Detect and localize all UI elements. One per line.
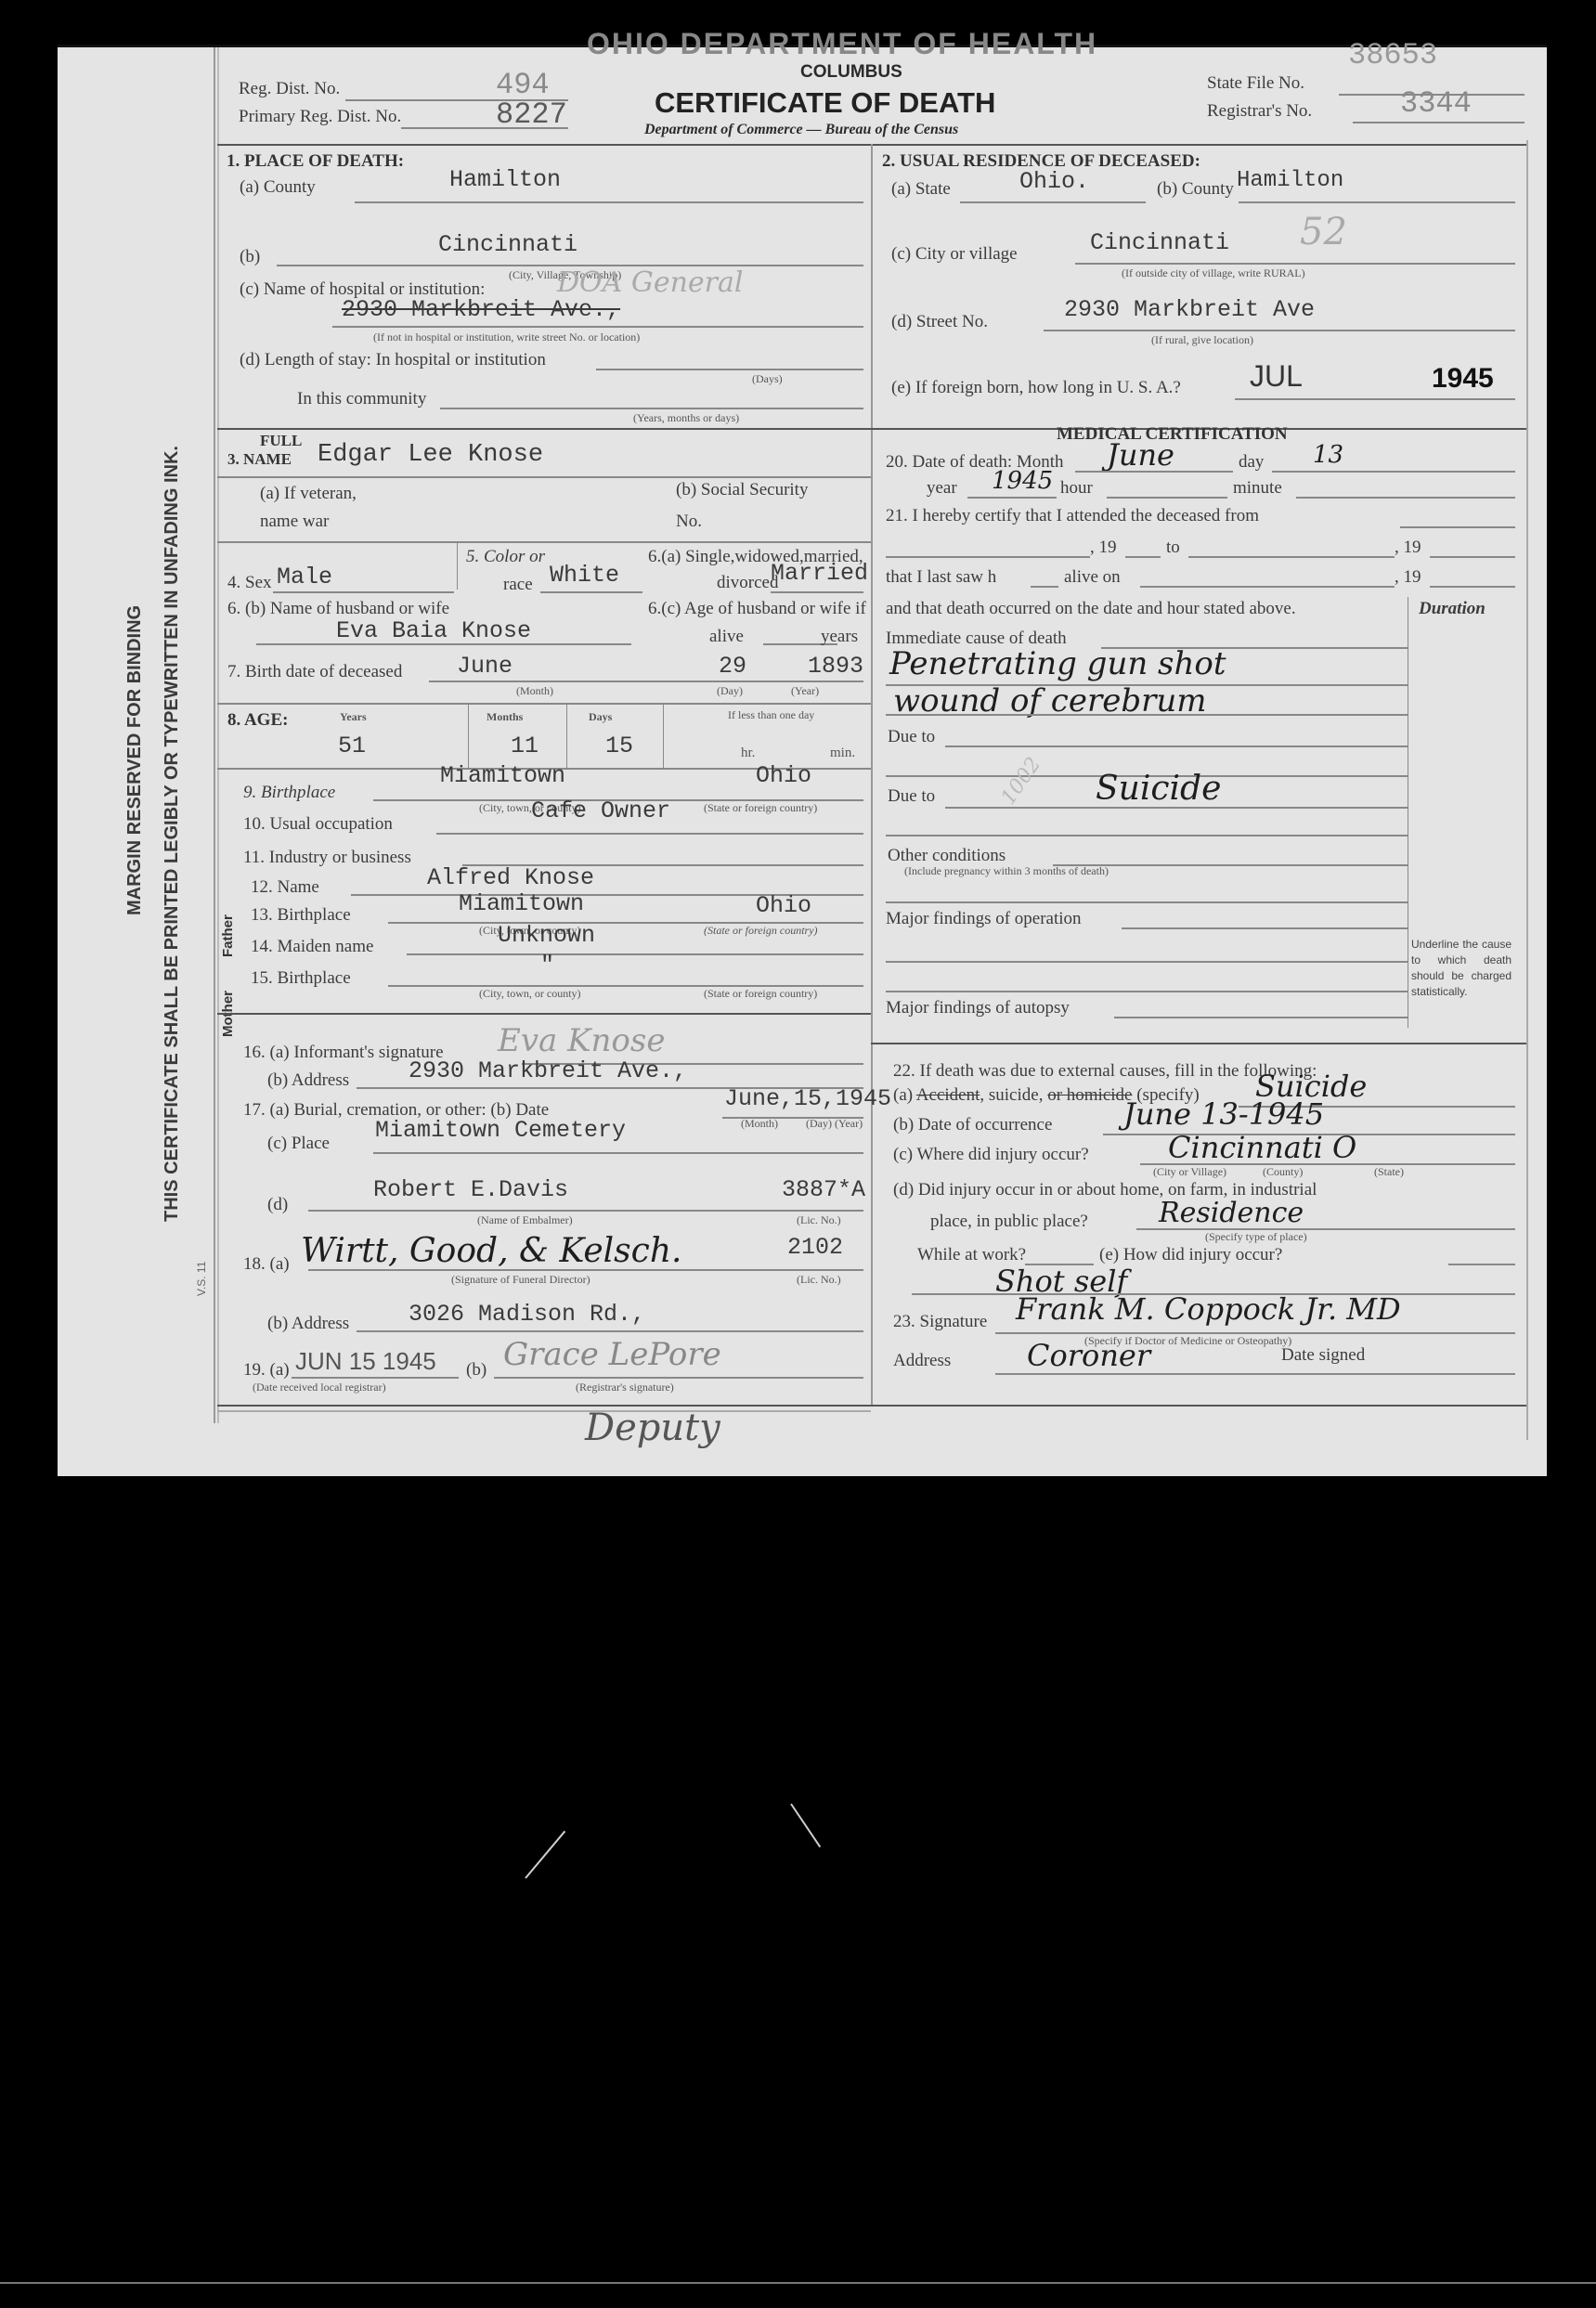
received-stamp-month: JUL: [1250, 359, 1303, 394]
embalmer-license: 3887*A: [782, 1176, 865, 1203]
age-months-label: Months: [487, 710, 523, 724]
registrar-signature: Grace LePore: [503, 1336, 721, 1373]
state-file-value: 38653: [1348, 38, 1437, 72]
res-margin-note: 52: [1300, 211, 1347, 253]
informant-address-value: 2930 Markbreit Ave.,: [409, 1057, 687, 1084]
funeral-lic-hint: (Lic. No.): [797, 1273, 841, 1287]
death-county-label: (a) County: [240, 177, 316, 198]
age-days-value: 15: [605, 733, 633, 759]
how-injury-label: (e) How did injury occur?: [1099, 1245, 1282, 1265]
spouse-age-alive-label: alive: [709, 627, 744, 647]
other-conditions-hint: (Include pregnancy within 3 months of de…: [904, 864, 1109, 878]
res-street-value: 2930 Markbreit Ave: [1064, 296, 1315, 323]
father-birthplace-state-hint: (State or foreign country): [704, 924, 818, 938]
min-label: min.: [830, 746, 855, 761]
autopsy-label: Major findings of autopsy: [886, 998, 1070, 1018]
last-saw-label: that I last saw h: [886, 567, 996, 588]
burial-date-value: June,15,1945: [724, 1085, 891, 1112]
injury-county-hint: (County): [1263, 1165, 1303, 1179]
occupation-value: Cafe Owner: [531, 797, 670, 824]
death-year-label: year: [927, 478, 957, 499]
margin-ink-instruction: THIS CERTIFICATE SHALL BE PRINTED LEGIBL…: [162, 446, 183, 1222]
margin-binding-note: MARGIN RESERVED FOR BINDING: [124, 605, 146, 915]
death-year-value: 1945: [992, 467, 1053, 495]
spouse-value: Eva Baia Knose: [336, 617, 531, 644]
ext-a-prefix: (a): [893, 1085, 913, 1105]
scan-scratch: [525, 1831, 565, 1879]
alive-on-label: alive on: [1064, 567, 1121, 588]
hospital-handwritten: DOA General: [557, 266, 743, 299]
funeral-address-label: (b) Address: [267, 1314, 349, 1334]
stay-days-hint: (Days): [752, 372, 783, 386]
certify-label: 21. I hereby certify that I attended the…: [886, 506, 1259, 526]
res-city-label: (c) City or village: [891, 244, 1018, 265]
father-birthplace-state: Ohio: [756, 892, 811, 919]
reg-dist-label: Reg. Dist. No.: [239, 79, 340, 99]
header-cut-title: OHIO DEPARTMENT OF HEALTH: [587, 27, 1097, 61]
physician-signature: Frank M. Coppock Jr. MD: [1016, 1291, 1401, 1327]
res-city-value: Cincinnati: [1090, 229, 1229, 256]
mother-birthplace-city-hint: (City, town, or county): [479, 987, 581, 1001]
death-certificate-page: MARGIN RESERVED FOR BINDING THIS CERTIFI…: [58, 45, 1547, 1476]
spouse-label: 6. (b) Name of husband or wife: [227, 599, 449, 619]
age-years-value: 51: [338, 733, 366, 759]
hr-label: hr.: [741, 746, 755, 761]
age-months-value: 11: [511, 733, 538, 759]
mother-maiden-label: 14. Maiden name: [251, 937, 373, 957]
other-conditions-label: Other conditions: [888, 846, 1006, 866]
death-city-label: (b): [240, 247, 260, 267]
accident-struck: Accident: [916, 1085, 980, 1105]
birthplace-state-hint: (State or foreign country): [704, 801, 817, 815]
form-right-border: [1526, 140, 1528, 1440]
death-hour-label: hour: [1060, 478, 1093, 499]
full-name-label: 3. NAME: [227, 450, 292, 469]
res-county-label: (b) County: [1157, 179, 1234, 200]
duration-label: Duration: [1419, 599, 1486, 619]
occurred-statement: and that death occurred on the date and …: [886, 599, 1296, 619]
res-street-label: (d) Street No.: [891, 312, 988, 332]
res-state-value: Ohio.: [1019, 168, 1089, 195]
certificate-title: CERTIFICATE OF DEATH: [655, 86, 995, 120]
operation-label: Major findings of operation: [886, 909, 1082, 929]
attended-to-label: to: [1166, 538, 1180, 558]
birth-date-label: 7. Birth date of deceased: [227, 662, 402, 682]
informant-address-label: (b) Address: [267, 1070, 349, 1091]
certificate-subtitle: Department of Commerce — Bureau of the C…: [644, 122, 958, 138]
physician-address-value: Coroner: [1027, 1338, 1150, 1373]
funeral-director-hint: (Signature of Funeral Director): [451, 1273, 590, 1287]
race-value: White: [550, 562, 619, 589]
embalmer-label: (d): [267, 1195, 288, 1215]
res-street-hint: (If rural, give location): [1151, 333, 1253, 347]
registrar-no-value: 3344: [1400, 86, 1472, 121]
place-of-death-heading: 1. PLACE OF DEATH:: [227, 151, 404, 172]
hospital-hint: (If not in hospital or institution, writ…: [373, 331, 640, 344]
physician-address-label: Address: [893, 1351, 951, 1371]
color-label: 5. Color or: [466, 547, 545, 567]
res-county-value: Hamilton: [1237, 168, 1343, 193]
due-to-value-2: Suicide: [1096, 770, 1221, 808]
burial-day-year-hint: (Day) (Year): [806, 1117, 863, 1131]
mother-birthplace-value: ": [540, 952, 554, 979]
death-month-value: June: [1107, 437, 1174, 473]
injury-place-label: (c) Where did injury occur?: [893, 1145, 1089, 1165]
funeral-director-label: 18. (a): [243, 1254, 290, 1275]
injury-place-value: Cincinnati O: [1168, 1130, 1356, 1165]
length-of-stay-label: (d) Length of stay: In hospital or insti…: [240, 350, 546, 370]
injury-location-question2: place, in public place?: [930, 1212, 1088, 1232]
mother-birthplace-state-hint: (State or foreign country): [704, 987, 817, 1001]
father-birthplace-label: 13. Birthplace: [251, 905, 351, 926]
father-side-label: Father: [220, 914, 236, 957]
burial-place-value: Miamitown Cemetery: [375, 1117, 626, 1144]
burial-month-hint: (Month): [741, 1117, 778, 1131]
injury-city-hint: (City or Village): [1153, 1165, 1226, 1179]
immediate-cause-line1: Penetrating gun shot: [889, 645, 1226, 682]
full-name-value: Edgar Lee Knose: [318, 441, 543, 469]
birth-month-hint: (Month): [516, 684, 553, 698]
form-left-border-inner: [217, 47, 219, 1423]
veteran-war-label: name war: [260, 512, 329, 532]
registrar-label: 19. (a): [243, 1360, 290, 1381]
occurrence-date-label: (b) Date of occurrence: [893, 1115, 1052, 1135]
suicide-option: , suicide,: [980, 1085, 1047, 1105]
date-signed-label: Date signed: [1281, 1345, 1365, 1366]
deputy-note: Deputy: [585, 1407, 720, 1449]
sex-label: 4. Sex: [227, 573, 272, 593]
due-to-label-1: Due to: [888, 727, 935, 747]
age-less-label: If less than one day: [728, 708, 814, 722]
death-day-value: 13: [1313, 441, 1343, 469]
state-file-label: State File No.: [1207, 73, 1304, 94]
funeral-director-signature: Wirtt, Good, & Kelsch.: [301, 1232, 681, 1270]
foreign-born-label: (e) If foreign born, how long in U. S. A…: [891, 378, 1181, 398]
birthplace-label: 9. Birthplace: [243, 783, 335, 803]
mother-maiden-value: Unknown: [498, 922, 595, 949]
hospital-struck-address: 2930 Markbreit Ave.,: [342, 296, 620, 323]
injury-state-hint: (State): [1374, 1165, 1404, 1179]
spouse-age-label: 6.(c) Age of husband or wife if: [648, 599, 866, 619]
scan-bottom-edge: [0, 2282, 1596, 2284]
birth-year-value: 1893: [808, 653, 863, 680]
registrar-sig-label: (b): [466, 1360, 487, 1381]
death-city-value: Cincinnati: [438, 231, 577, 258]
primary-reg-value: 8227: [496, 97, 567, 132]
date-received-hint: (Date received local registrar): [253, 1381, 386, 1394]
sex-value: Male: [277, 564, 332, 590]
external-causes-label: 22. If death was due to external causes,…: [893, 1061, 1317, 1082]
race-label: race: [503, 575, 533, 595]
father-birthplace-city: Miamitown: [459, 890, 584, 917]
death-minute-label: minute: [1233, 478, 1282, 499]
funeral-address-value: 3026 Madison Rd.,: [409, 1301, 645, 1328]
birthplace-state-value: Ohio: [756, 762, 811, 789]
community-hint: (Years, months or days): [633, 411, 739, 425]
date-received-stamp: JUN 15 1945: [295, 1347, 436, 1376]
funeral-director-license: 2102: [787, 1234, 843, 1261]
column-divider: [871, 144, 873, 1407]
form-left-border: [214, 47, 215, 1423]
divorced-label: divorced: [717, 573, 778, 593]
physician-sig-label: 23. Signature: [893, 1312, 987, 1332]
due-to-label-2: Due to: [888, 786, 935, 807]
death-county-value: Hamilton: [449, 166, 561, 193]
underline-note: Underline the cause to which death shoul…: [1411, 937, 1512, 1000]
birth-year-hint: (Year): [791, 684, 819, 698]
industry-label: 11. Industry or business: [243, 848, 411, 868]
registrar-sig-hint: (Registrar's signature): [576, 1381, 674, 1394]
spouse-age-unit: years: [821, 627, 858, 647]
birth-day-hint: (Day): [717, 684, 743, 698]
received-stamp-year: 1945: [1432, 363, 1494, 395]
veteran-label: (a) If veteran,: [260, 484, 357, 504]
death-day-label: day: [1239, 452, 1264, 473]
injury-location-hint: (Specify type of place): [1205, 1230, 1307, 1244]
registrar-no-label: Registrar's No.: [1207, 101, 1312, 122]
full-name-label-top: FULL: [260, 432, 302, 450]
ssn-label-no: No.: [676, 512, 702, 532]
res-state-label: (a) State: [891, 179, 951, 200]
birth-month-value: June: [457, 653, 513, 680]
attended-from-year: , 19: [1090, 538, 1117, 558]
embalmer-lic-hint: (Lic. No.): [797, 1213, 841, 1227]
ssn-label: (b) Social Security: [676, 480, 808, 500]
primary-reg-label: Primary Reg. Dist. No.: [239, 107, 401, 127]
informant-signature: Eva Knose: [498, 1022, 665, 1059]
due-to-faint-note: 1002: [997, 753, 1046, 809]
occupation-label: 10. Usual occupation: [243, 814, 393, 835]
age-label: 8. AGE:: [227, 710, 288, 731]
birthplace-city-value: Miamitown: [440, 762, 565, 789]
while-at-work-label: While at work?: [917, 1245, 1026, 1265]
father-name-value: Alfred Knose: [427, 864, 594, 891]
form-code: V.S. 11: [195, 1262, 208, 1296]
community-label: In this community: [297, 389, 426, 409]
father-name-label: 12. Name: [251, 877, 319, 898]
age-days-label: Days: [589, 710, 612, 724]
embalmer-hint: (Name of Embalmer): [477, 1213, 573, 1227]
occurrence-date-value: June 13-1945: [1123, 1096, 1324, 1132]
marital-value: Married: [771, 560, 868, 587]
homicide-struck: or homicide: [1047, 1085, 1132, 1105]
header-city: COLUMBUS: [800, 62, 902, 83]
embalmer-name: Robert E.Davis: [373, 1176, 568, 1203]
mother-birthplace-label: 15. Birthplace: [251, 968, 351, 989]
alive-on-year: , 19: [1395, 567, 1421, 588]
age-years-label: Years: [340, 710, 367, 724]
injury-location-value: Residence: [1159, 1197, 1304, 1229]
res-city-hint: (If outside city of village, write RURAL…: [1122, 266, 1305, 280]
scan-scratch: [790, 1803, 821, 1848]
birth-day-value: 29: [719, 653, 746, 680]
burial-place-label: (c) Place: [267, 1134, 330, 1154]
attended-to-year: , 19: [1395, 538, 1421, 558]
